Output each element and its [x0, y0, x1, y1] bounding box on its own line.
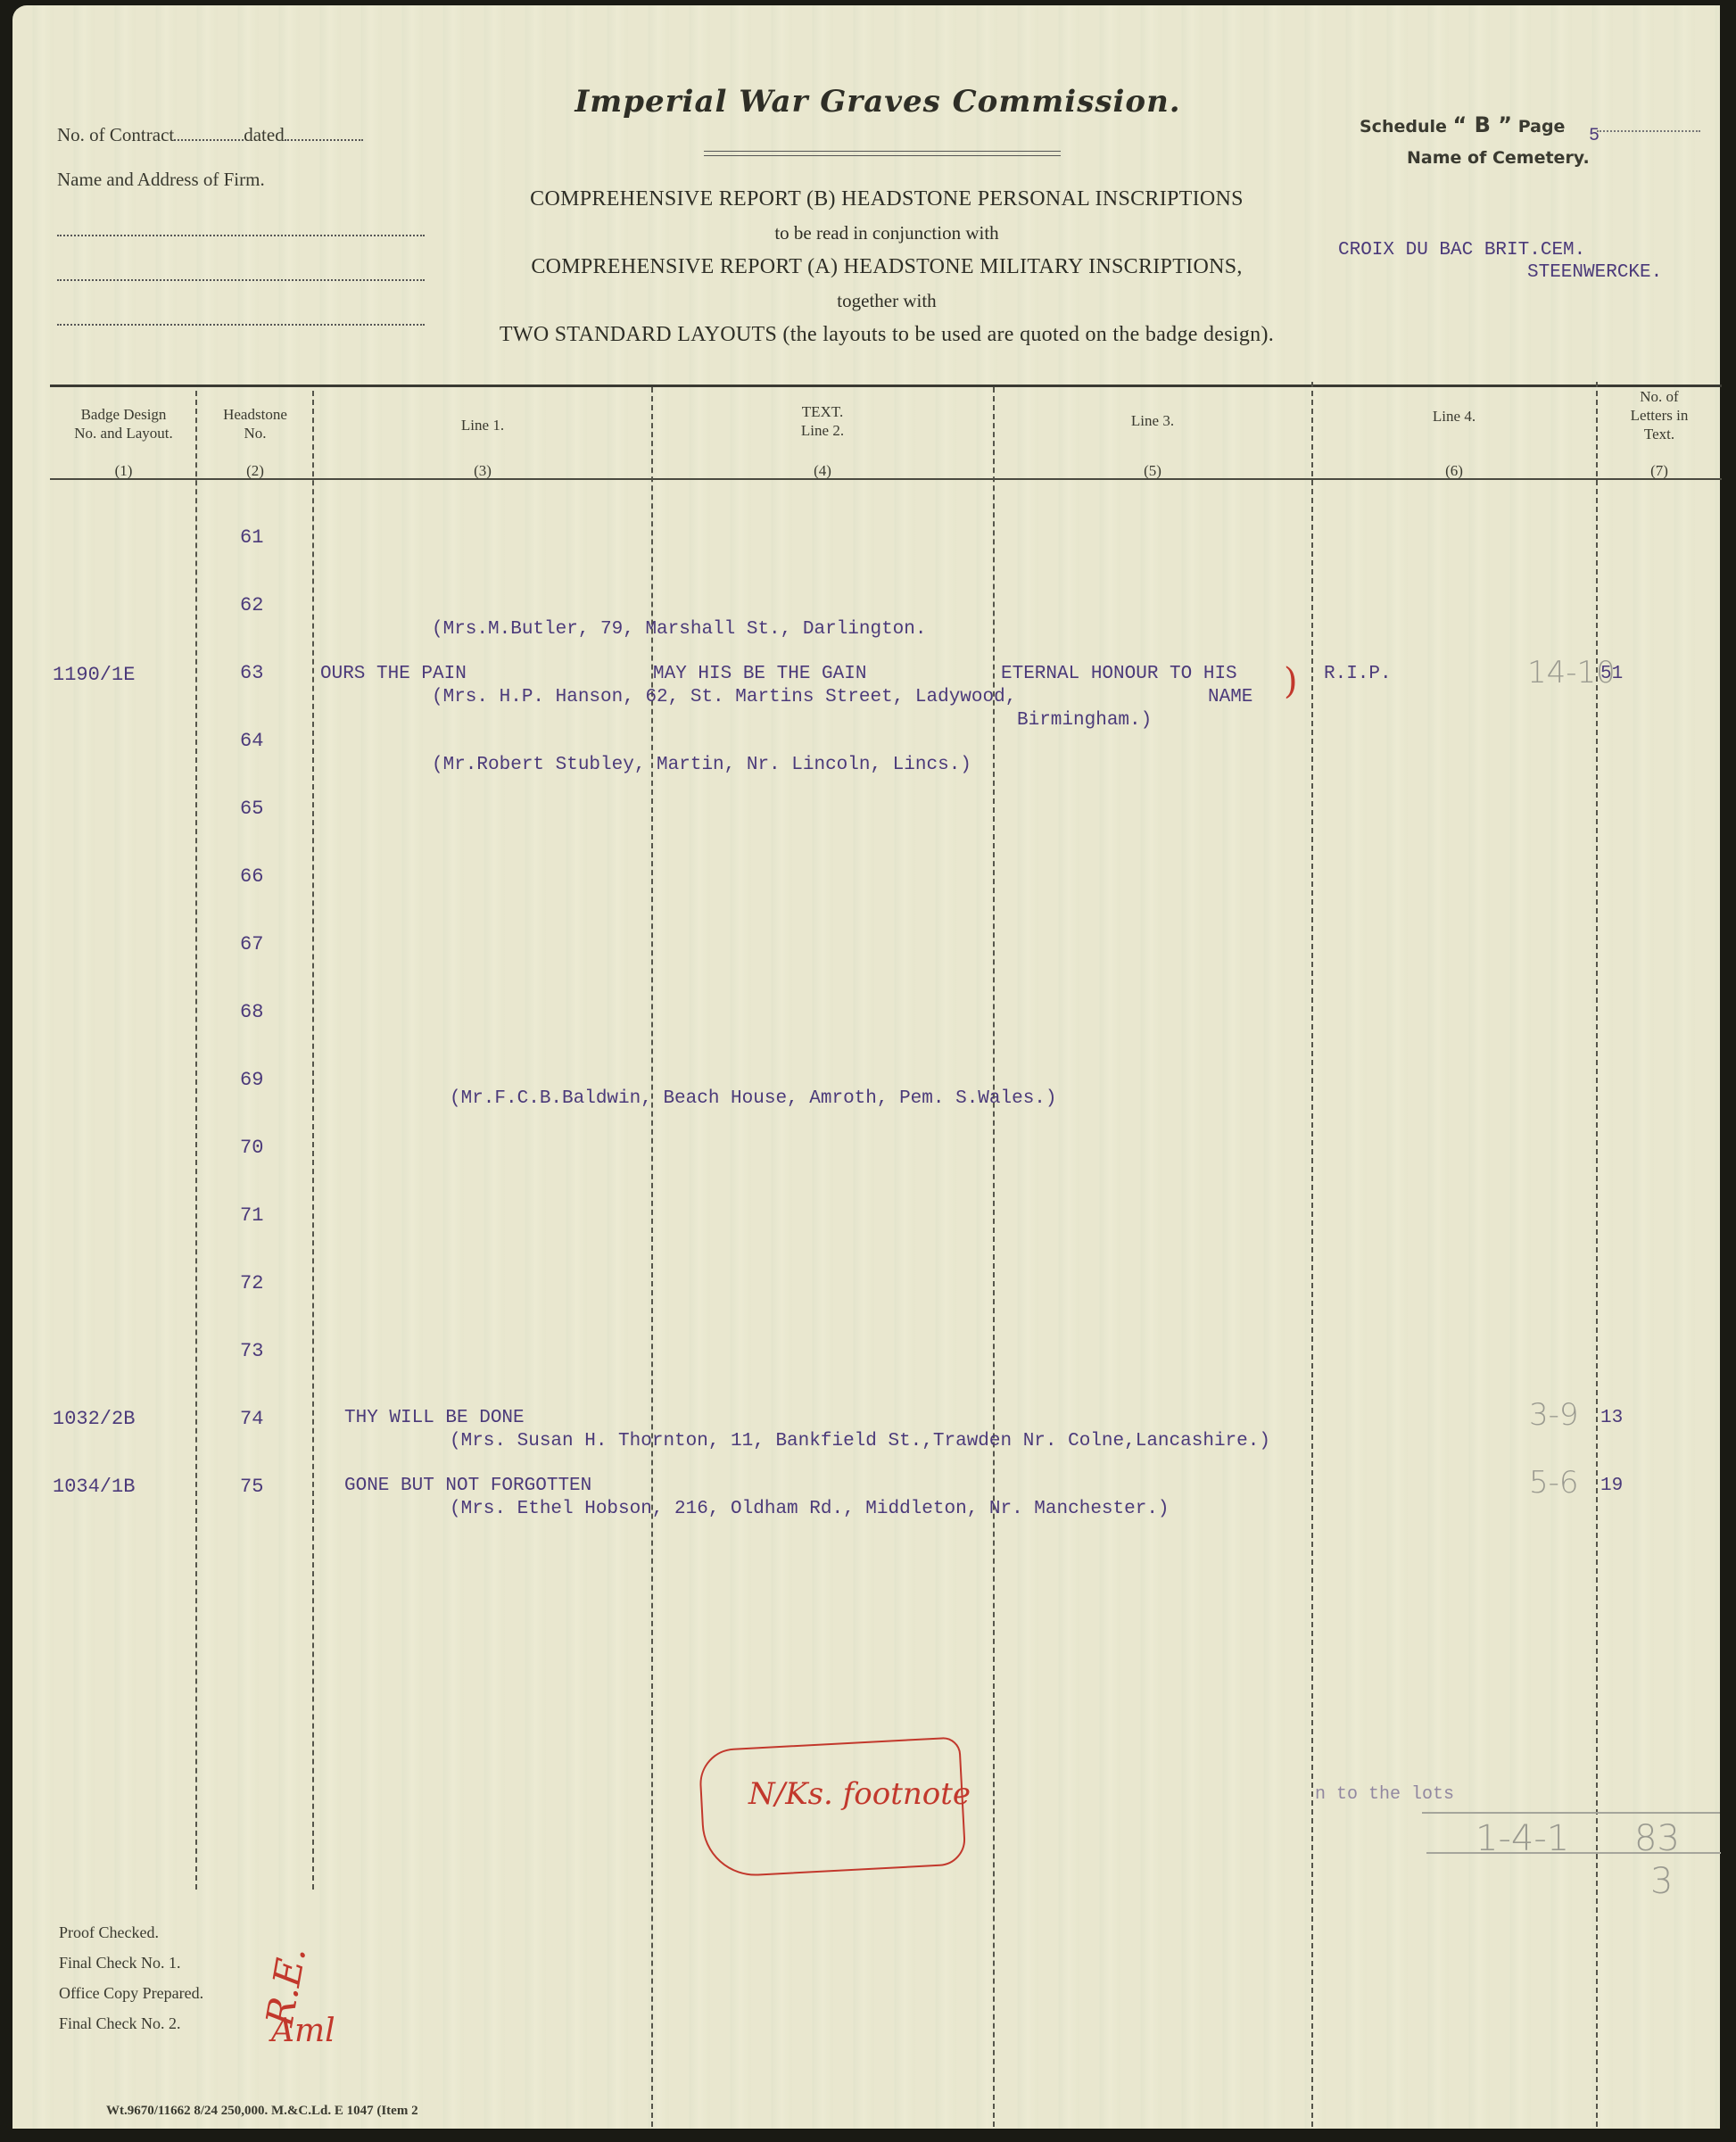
headstone-number: 75: [240, 1476, 263, 1498]
check-list: Proof Checked. Final Check No. 1. Office…: [59, 1923, 203, 2045]
report-description: COMPREHENSIVE REPORT (B) HEADSTONE PERSO…: [450, 182, 1324, 351]
contract-label: No. of Contract: [57, 124, 174, 145]
dated-label: dated: [244, 124, 284, 145]
headstone-number: 64: [240, 730, 263, 752]
col-header-text: Badge Design: [50, 405, 197, 424]
print-footer: Wt.9670/11662 8/24 250,000. M.&C.Ld. E 1…: [106, 2104, 418, 2119]
col-header-headstone: Headstone No.: [197, 405, 313, 442]
headstone-number: 65: [240, 798, 263, 820]
contract-dots: [174, 139, 244, 141]
inscription-line4: R.I.P.: [1324, 664, 1392, 684]
contract-form: No. of Contractdated Name and Address of…: [57, 124, 363, 213]
table-top-rule: [50, 385, 1722, 387]
col-header-text: Text.: [1597, 425, 1722, 443]
faded-typed-text: n to the lots: [1315, 1784, 1454, 1805]
headstone-number: 73: [240, 1340, 263, 1362]
report-line-1: COMPREHENSIVE REPORT (B) HEADSTONE PERSO…: [450, 182, 1324, 216]
col-header-text: Line 2.: [652, 421, 993, 440]
col-header-text: No. of: [1597, 387, 1722, 406]
pencil-rule-1: [1422, 1812, 1720, 1814]
letter-count: 13: [1600, 1408, 1623, 1428]
report-line-5: TWO STANDARD LAYOUTS (the layouts to be …: [450, 318, 1324, 351]
headstone-number: 61: [240, 526, 263, 549]
cemetery-name: CROIX DU BAC BRIT.CEM.: [1338, 240, 1585, 261]
inscription-line1: GONE BUT NOT FORGOTTEN: [344, 1476, 591, 1496]
report-line-2: to be read in conjunction with: [450, 216, 1324, 250]
report-line-4: together with: [450, 284, 1324, 318]
col-number: (3): [313, 462, 652, 480]
inscription-line1: THY WILL BE DONE: [344, 1408, 525, 1428]
column-divider-3: [651, 387, 653, 2127]
column-divider-6: [1596, 382, 1598, 2127]
page-value: 5: [1589, 126, 1600, 146]
page-title: Imperial War Graves Commission.: [476, 84, 1279, 120]
firm-line-3: [57, 324, 425, 326]
headstone-number: 71: [240, 1204, 263, 1227]
firm-line-1: [57, 235, 425, 236]
headstone-number: 67: [240, 933, 263, 955]
col-header-text: TEXT.: [652, 402, 993, 421]
schedule-value: “ B ”: [1453, 112, 1513, 137]
letter-count: 19: [1600, 1476, 1623, 1496]
check-final-1: Final Check No. 1.: [59, 1954, 203, 1984]
badge-design: 1034/1B: [53, 1476, 135, 1498]
col-number: (5): [994, 462, 1311, 480]
col-header-text: No. and Layout.: [50, 424, 197, 442]
headstone-number: 69: [240, 1069, 263, 1091]
col-number: (4): [652, 462, 993, 480]
inscription-line2: MAY HIS BE THE GAIN: [653, 664, 866, 684]
column-divider-2: [312, 391, 314, 1890]
check-office-copy: Office Copy Prepared.: [59, 1984, 203, 2014]
letter-count: 51: [1600, 664, 1623, 684]
title-rule: [704, 151, 1061, 156]
headstone-number: 62: [240, 594, 263, 616]
pencil-rule-2: [1426, 1852, 1721, 1854]
headstone-number: 63: [240, 662, 263, 684]
column-divider-4: [993, 387, 995, 2127]
relative-address-cont: Birmingham.): [1017, 710, 1152, 731]
badge-design: 1190/1E: [53, 664, 135, 686]
relative-address: (Mrs. H.P. Hanson, 62, St. Martins Stree…: [432, 687, 1016, 707]
col-header-line4: Line 4.: [1312, 407, 1596, 426]
report-line-3: COMPREHENSIVE REPORT (A) HEADSTONE MILIT…: [450, 250, 1324, 284]
col-number: (7): [1597, 462, 1722, 480]
firm-label: Name and Address of Firm.: [57, 169, 363, 213]
inscription-line1: OURS THE PAIN: [320, 664, 467, 684]
col-number: (1): [50, 462, 197, 480]
inscription-line3: ETERNAL HONOUR TO HIS: [1001, 664, 1237, 684]
cemetery-location: STEENWERCKE.: [1527, 262, 1662, 283]
col-header-line1: Line 1.: [313, 416, 652, 434]
col-header-text: Letters in: [1597, 406, 1722, 425]
pencil-note: 5-6: [1529, 1465, 1579, 1501]
page-dots: [1597, 130, 1700, 132]
relative-address: (Mrs. Ethel Hobson, 216, Oldham Rd., Mid…: [450, 1499, 1170, 1519]
bracket-mark: ): [1284, 661, 1298, 702]
column-divider-1: [195, 391, 197, 1890]
document-page: No. of Contractdated Name and Address of…: [12, 5, 1720, 2129]
col-header-line2: TEXT. Line 2.: [652, 402, 993, 440]
footnote-handwritten: N/Ks. footnote: [748, 1776, 971, 1812]
col-header-letters: No. of Letters in Text.: [1597, 387, 1722, 443]
relative-address: (Mr.Robert Stubley, Martin, Nr. Lincoln,…: [432, 755, 971, 775]
check-final-2: Final Check No. 2.: [59, 2014, 203, 2045]
initials-signature-2: Aml: [271, 2013, 335, 2049]
col-number: (6): [1312, 462, 1596, 480]
schedule-text: Schedule: [1360, 117, 1447, 136]
relative-address: (Mrs.M.Butler, 79, Marshall St., Darling…: [432, 619, 927, 640]
badge-design: 1032/2B: [53, 1408, 135, 1430]
schedule-label: Schedule “ B ” Page: [1360, 112, 1565, 137]
col-header-line3: Line 3.: [994, 411, 1311, 430]
headstone-number: 66: [240, 865, 263, 888]
relative-address: (Mrs. Susan H. Thornton, 11, Bankfield S…: [450, 1431, 1270, 1451]
headstone-number: 70: [240, 1137, 263, 1159]
page-label: Page: [1518, 117, 1566, 136]
col-number: (2): [197, 462, 313, 480]
relative-address: (Mr.F.C.B.Baldwin, Beach House, Amroth, …: [450, 1088, 1057, 1109]
pencil-below: 3: [1650, 1861, 1673, 1902]
col-header-text: Headstone: [197, 405, 313, 424]
headstone-number: 68: [240, 1001, 263, 1023]
headstone-number: 72: [240, 1272, 263, 1294]
col-header-text: No.: [197, 424, 313, 442]
inscription-line3-cont: NAME: [1208, 687, 1252, 707]
pencil-note: 3-9: [1529, 1397, 1579, 1433]
dated-dots: [285, 139, 363, 141]
check-proof: Proof Checked.: [59, 1923, 203, 1954]
headstone-number: 74: [240, 1408, 263, 1430]
col-header-badge: Badge Design No. and Layout.: [50, 405, 197, 442]
firm-line-2: [57, 279, 425, 281]
column-divider-5: [1311, 382, 1313, 2127]
cemetery-label: Name of Cemetery.: [1407, 148, 1590, 168]
